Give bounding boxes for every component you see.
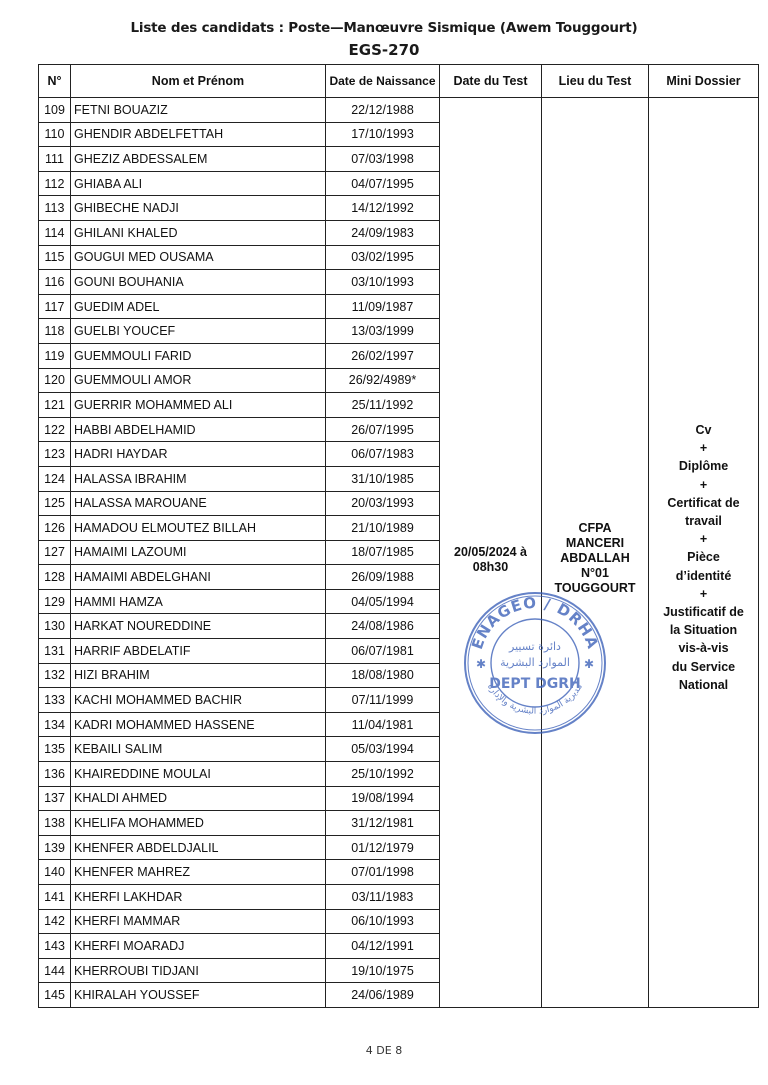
- test-location-line: TOUGGOURT: [542, 581, 648, 596]
- mini-dossier-cell: Cv+Diplôme+Certificat detravail+Pièced’i…: [649, 98, 759, 1008]
- row-number: 121: [39, 393, 71, 418]
- row-number: 138: [39, 811, 71, 836]
- candidate-name: HARRIF ABDELATIF: [71, 639, 326, 664]
- birth-date: 26/92/4989*: [326, 368, 440, 393]
- row-number: 112: [39, 171, 71, 196]
- mini-dossier-line: +: [649, 585, 758, 603]
- birth-date: 07/01/1998: [326, 860, 440, 885]
- birth-date: 19/08/1994: [326, 786, 440, 811]
- document-subtitle: EGS-270: [0, 41, 768, 59]
- birth-date: 05/03/1994: [326, 737, 440, 762]
- birth-date: 07/11/1999: [326, 688, 440, 713]
- row-number: 145: [39, 983, 71, 1008]
- candidate-name: KHERFI MOARADJ: [71, 934, 326, 959]
- candidate-name: HAMADOU ELMOUTEZ BILLAH: [71, 516, 326, 541]
- row-number: 114: [39, 220, 71, 245]
- test-date-line: 20/05/2024 à: [440, 545, 541, 560]
- row-number: 139: [39, 835, 71, 860]
- header-number: N°: [39, 65, 71, 98]
- test-location-line: CFPA: [542, 521, 648, 536]
- candidate-name: KACHI MOHAMMED BACHIR: [71, 688, 326, 713]
- birth-date: 18/07/1985: [326, 540, 440, 565]
- candidate-name: FETNI BOUAZIZ: [71, 98, 326, 123]
- birth-date: 07/03/1998: [326, 147, 440, 172]
- row-number: 122: [39, 417, 71, 442]
- mini-dossier-line: Justificatif de: [649, 603, 758, 621]
- mini-dossier-line: Certificat de: [649, 494, 758, 512]
- birth-date: 24/08/1986: [326, 614, 440, 639]
- test-location-line: MANCERI: [542, 536, 648, 551]
- row-number: 142: [39, 909, 71, 934]
- birth-date: 25/11/1992: [326, 393, 440, 418]
- candidate-name: HAMAIMI ABDELGHANI: [71, 565, 326, 590]
- mini-dossier-line: vis-à-vis: [649, 639, 758, 657]
- birth-date: 14/12/1992: [326, 196, 440, 221]
- candidate-name: GHEZIZ ABDESSALEM: [71, 147, 326, 172]
- candidate-name: GOUGUI MED OUSAMA: [71, 245, 326, 270]
- row-number: 118: [39, 319, 71, 344]
- candidate-name: HABBI ABDELHAMID: [71, 417, 326, 442]
- row-number: 140: [39, 860, 71, 885]
- test-date-cell: 20/05/2024 à08h30: [440, 98, 542, 1008]
- row-number: 136: [39, 762, 71, 787]
- birth-date: 11/04/1981: [326, 712, 440, 737]
- row-number: 127: [39, 540, 71, 565]
- birth-date: 04/12/1991: [326, 934, 440, 959]
- birth-date: 11/09/1987: [326, 294, 440, 319]
- row-number: 110: [39, 122, 71, 147]
- birth-date: 20/03/1993: [326, 491, 440, 516]
- candidate-name: KHIRALAH YOUSSEF: [71, 983, 326, 1008]
- mini-dossier-line: Cv: [649, 421, 758, 439]
- test-location-cell: CFPAMANCERIABDALLAHN°01TOUGGOURT: [542, 98, 649, 1008]
- candidate-name: GHIABA ALI: [71, 171, 326, 196]
- row-number: 111: [39, 147, 71, 172]
- row-number: 133: [39, 688, 71, 713]
- birth-date: 22/12/1988: [326, 98, 440, 123]
- test-location-line: ABDALLAH: [542, 551, 648, 566]
- candidate-name: GUEMMOULI AMOR: [71, 368, 326, 393]
- row-number: 115: [39, 245, 71, 270]
- candidate-name: GUEDIM ADEL: [71, 294, 326, 319]
- header-birth-date: Date de Naissance: [326, 65, 440, 98]
- candidate-name: KADRI MOHAMMED HASSENE: [71, 712, 326, 737]
- candidate-name: HADRI HAYDAR: [71, 442, 326, 467]
- candidate-name: KHERROUBI TIDJANI: [71, 958, 326, 983]
- document-title: Liste des candidats : Poste—Manœuvre Sis…: [0, 20, 768, 36]
- candidate-name: KHERFI LAKHDAR: [71, 885, 326, 910]
- row-number: 119: [39, 343, 71, 368]
- candidate-name: KHERFI MAMMAR: [71, 909, 326, 934]
- birth-date: 03/11/1983: [326, 885, 440, 910]
- test-location-line: N°01: [542, 566, 648, 581]
- birth-date: 01/12/1979: [326, 835, 440, 860]
- birth-date: 17/10/1993: [326, 122, 440, 147]
- row-number: 134: [39, 712, 71, 737]
- birth-date: 24/06/1989: [326, 983, 440, 1008]
- row-number: 116: [39, 270, 71, 295]
- mini-dossier-line: la Situation: [649, 621, 758, 639]
- mini-dossier-line: +: [649, 476, 758, 494]
- row-number: 113: [39, 196, 71, 221]
- test-date-line: 08h30: [440, 560, 541, 575]
- mini-dossier-line: Pièce: [649, 548, 758, 566]
- header-test-date: Date du Test: [440, 65, 542, 98]
- candidate-name: KHELIFA MOHAMMED: [71, 811, 326, 836]
- birth-date: 31/10/1985: [326, 466, 440, 491]
- page-indicator: 4 DE 8: [0, 1044, 768, 1057]
- birth-date: 25/10/1992: [326, 762, 440, 787]
- row-number: 143: [39, 934, 71, 959]
- row-number: 132: [39, 663, 71, 688]
- birth-date: 03/02/1995: [326, 245, 440, 270]
- header-mini-dossier: Mini Dossier: [649, 65, 759, 98]
- mini-dossier-line: National: [649, 676, 758, 694]
- candidate-name: GHIBECHE NADJI: [71, 196, 326, 221]
- birth-date: 31/12/1981: [326, 811, 440, 836]
- candidate-name: KHAIREDDINE MOULAI: [71, 762, 326, 787]
- row-number: 135: [39, 737, 71, 762]
- birth-date: 06/10/1993: [326, 909, 440, 934]
- candidate-name: HAMAIMI LAZOUMI: [71, 540, 326, 565]
- row-number: 141: [39, 885, 71, 910]
- birth-date: 26/02/1997: [326, 343, 440, 368]
- birth-date: 03/10/1993: [326, 270, 440, 295]
- candidate-name: KHALDI AHMED: [71, 786, 326, 811]
- candidate-name: HIZI BRAHIM: [71, 663, 326, 688]
- birth-date: 04/07/1995: [326, 171, 440, 196]
- birth-date: 19/10/1975: [326, 958, 440, 983]
- birth-date: 13/03/1999: [326, 319, 440, 344]
- candidate-name: GUERRIR MOHAMMED ALI: [71, 393, 326, 418]
- mini-dossier-line: +: [649, 439, 758, 457]
- row-number: 125: [39, 491, 71, 516]
- row-number: 137: [39, 786, 71, 811]
- candidates-table: N° Nom et Prénom Date de Naissance Date …: [38, 64, 759, 1008]
- mini-dossier-line: +: [649, 530, 758, 548]
- row-number: 109: [39, 98, 71, 123]
- table-header-row: N° Nom et Prénom Date de Naissance Date …: [39, 65, 759, 98]
- row-number: 117: [39, 294, 71, 319]
- candidate-name: GUEMMOULI FARID: [71, 343, 326, 368]
- birth-date: 26/07/1995: [326, 417, 440, 442]
- birth-date: 24/09/1983: [326, 220, 440, 245]
- birth-date: 21/10/1989: [326, 516, 440, 541]
- candidate-name: HARKAT NOUREDDINE: [71, 614, 326, 639]
- birth-date: 06/07/1983: [326, 442, 440, 467]
- birth-date: 26/09/1988: [326, 565, 440, 590]
- candidate-name: KHENFER MAHREZ: [71, 860, 326, 885]
- row-number: 130: [39, 614, 71, 639]
- mini-dossier-line: du Service: [649, 658, 758, 676]
- header-test-location: Lieu du Test: [542, 65, 649, 98]
- header-name: Nom et Prénom: [71, 65, 326, 98]
- row-number: 124: [39, 466, 71, 491]
- candidate-name: KHENFER ABDELDJALIL: [71, 835, 326, 860]
- table-row: 109FETNI BOUAZIZ22/12/198820/05/2024 à08…: [39, 98, 759, 123]
- candidate-name: KEBAILI SALIM: [71, 737, 326, 762]
- birth-date: 18/08/1980: [326, 663, 440, 688]
- row-number: 123: [39, 442, 71, 467]
- candidate-name: HALASSA IBRAHIM: [71, 466, 326, 491]
- mini-dossier-line: Diplôme: [649, 457, 758, 475]
- row-number: 120: [39, 368, 71, 393]
- row-number: 129: [39, 589, 71, 614]
- candidate-name: HAMMI HAMZA: [71, 589, 326, 614]
- birth-date: 04/05/1994: [326, 589, 440, 614]
- candidate-name: GHILANI KHALED: [71, 220, 326, 245]
- candidate-name: HALASSA MAROUANE: [71, 491, 326, 516]
- candidate-name: GHENDIR ABDELFETTAH: [71, 122, 326, 147]
- candidate-name: GUELBI YOUCEF: [71, 319, 326, 344]
- row-number: 128: [39, 565, 71, 590]
- mini-dossier-line: d’identité: [649, 567, 758, 585]
- row-number: 131: [39, 639, 71, 664]
- candidate-name: GOUNI BOUHANIA: [71, 270, 326, 295]
- row-number: 144: [39, 958, 71, 983]
- row-number: 126: [39, 516, 71, 541]
- mini-dossier-line: travail: [649, 512, 758, 530]
- birth-date: 06/07/1981: [326, 639, 440, 664]
